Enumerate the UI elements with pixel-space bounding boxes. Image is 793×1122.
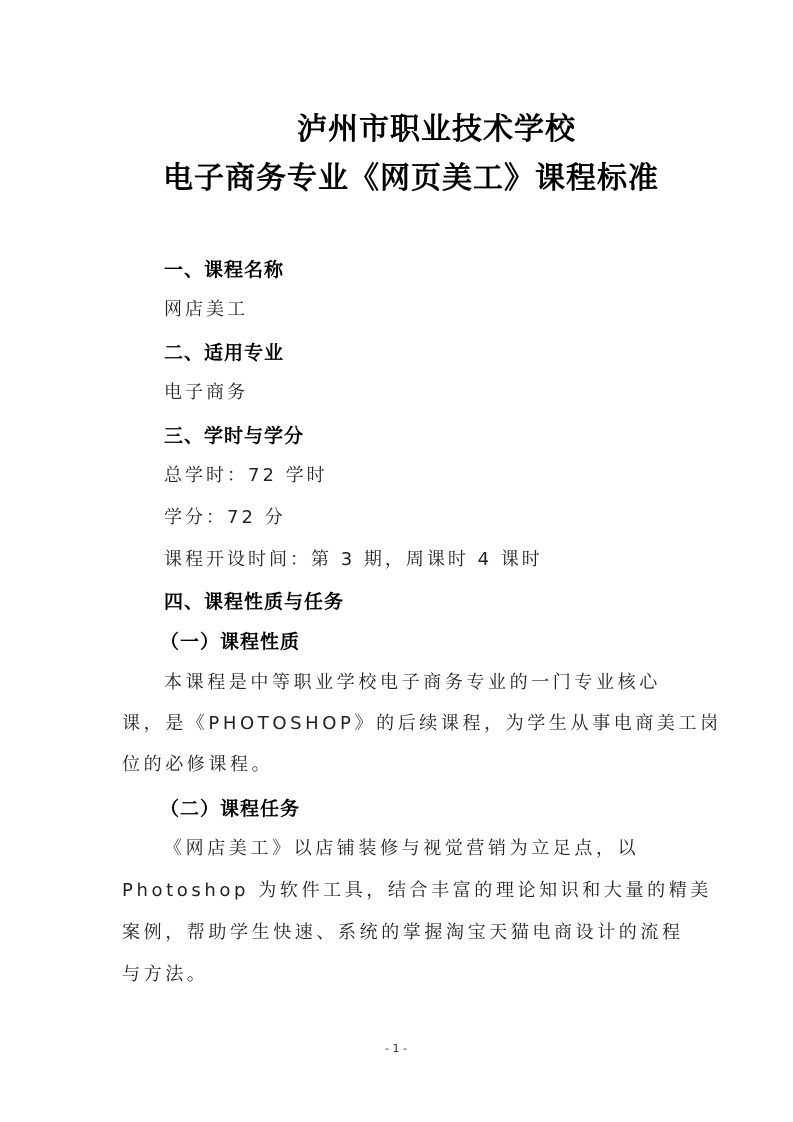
section-heading-hours-credits: 三、学时与学分 <box>164 421 304 448</box>
document-page: 泸州市职业技术学校 电子商务专业《网页美工》课程标准 一、课程名称 网店美工 二… <box>0 0 793 1122</box>
paragraph-line: Photoshop 为软件工具，结合丰富的理论知识和大量的精美 <box>122 876 712 902</box>
course-name-value: 网店美工 <box>164 295 248 321</box>
schedule: 课程开设时间：第 3 期，周课时 4 课时 <box>164 545 543 571</box>
section-heading-course-name: 一、课程名称 <box>164 255 284 282</box>
major-value: 电子商务 <box>164 378 248 404</box>
paragraph-line: 与方法。 <box>122 960 208 986</box>
school-title: 泸州市职业技术学校 <box>297 104 576 148</box>
total-hours: 总学时：72 学时 <box>164 461 328 487</box>
paragraph-line: 案例，帮助学生快速、系统的掌握淘宝天猫电商设计的流程 <box>122 918 684 944</box>
paragraph-line: 位的必修课程。 <box>122 750 273 776</box>
paragraph-line: 本课程是中等职业学校电子商务专业的一门专业核心 <box>164 668 661 694</box>
section-heading-major: 二、适用专业 <box>164 338 284 365</box>
page-number: - 1 - <box>385 1042 407 1055</box>
subsection-heading-tasks: （二）课程任务 <box>160 794 300 821</box>
subsection-heading-nature: （一）课程性质 <box>160 627 300 654</box>
paragraph-line: 课，是《PHOTOSHOP》的后续课程，为学生从事电商美工岗 <box>122 709 722 735</box>
credits: 学分：72 分 <box>164 503 286 529</box>
paragraph-line: 《网店美工》以店铺装修与视觉营销为立足点，以 <box>164 834 639 860</box>
document-title: 电子商务专业《网页美工》课程标准 <box>163 153 659 197</box>
section-heading-nature-tasks: 四、课程性质与任务 <box>164 587 344 614</box>
